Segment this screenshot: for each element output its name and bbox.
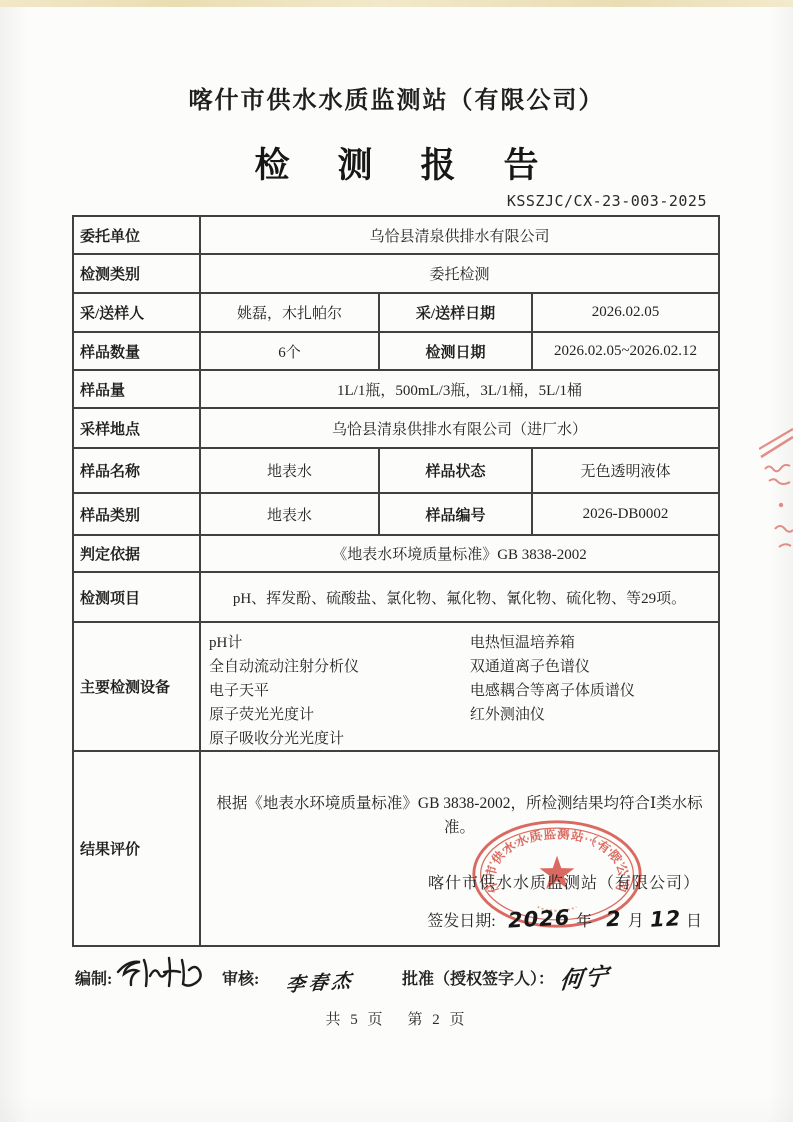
field-label: 检测项目 [73,572,200,622]
equipment-item: 原子荧光光度计 [209,703,359,727]
table-row-result: 结果评价 根据《地表水环境质量标准》GB 3838-2002，所检测结果均符合Ⅰ… [73,751,719,946]
handwritten-year: 2026 [507,905,571,932]
field-value: 乌恰县清泉供排水有限公司 [200,216,719,254]
field-label: 结果评价 [73,751,200,946]
result-cell: 根据《地表水环境质量标准》GB 3838-2002，所检测结果均符合Ⅰ类水标准。… [200,751,719,946]
page-footer: 共 5 页第 2 页 [0,1008,793,1029]
field-label: 检测日期 [379,332,532,370]
total-pages: 共 5 页 [325,1012,385,1028]
field-value: 地表水 [200,493,379,535]
report-code: KSSZJC/CX-23-003-2025 [507,192,707,210]
scan-edge-strip [0,0,793,7]
signature-row: 编制: 审核: 李春杰 批准（授权签字人）： 何宁 [72,952,722,1000]
reviewed-by-label: 审核: [222,966,259,989]
equipment-cell: pH计 全自动流动注射分析仪 电子天平 原子荧光光度计 原子吸收分光光度计 电热… [200,622,719,751]
table-row: 委托单位 乌恰县清泉供排水有限公司 [73,216,719,254]
field-value: 2026.02.05~2026.02.12 [532,332,719,370]
equipment-item: 全自动流动注射分析仪 [209,655,359,679]
field-label: 检测类别 [73,254,200,293]
field-label: 采/送样日期 [379,293,532,332]
field-value: 《地表水环境质量标准》GB 3838-2002 [200,535,719,572]
equipment-item: 电子天平 [209,679,359,703]
field-value: 姚磊，木扎帕尔 [200,293,379,332]
equipment-item: 电感耦合等离子体质谱仪 [470,679,635,703]
field-label: 主要检测设备 [73,622,200,751]
prepared-by-label: 编制: [75,966,112,989]
edge-seal-fragment [759,425,793,575]
equipment-item: pH计 [209,631,359,655]
handwritten-month: 2 [605,907,622,932]
equipment-item: 电热恒温培养箱 [470,631,635,655]
field-label: 判定依据 [73,535,200,572]
table-row: 检测项目 pH、挥发酚、硫酸盐、氯化物、氟化物、氰化物、硫化物、等29项。 [73,572,719,622]
issue-date-line: 签发日期: 2026 年 2 月 12 日 [427,907,702,931]
field-label: 采/送样人 [73,293,200,332]
approved-by-label: 批准（授权签字人）： [402,966,554,989]
field-label: 样品名称 [73,448,200,493]
table-row-equipment: 主要检测设备 pH计 全自动流动注射分析仪 电子天平 原子荧光光度计 原子吸收分… [73,622,719,751]
field-value: pH、挥发酚、硫酸盐、氯化物、氟化物、氰化物、硫化物、等29项。 [200,572,719,622]
field-value: 乌恰县清泉供排水有限公司（进厂水） [200,408,719,448]
year-unit: 年 [576,913,592,930]
table-row: 样品名称 地表水 样品状态 无色透明液体 [73,448,719,493]
field-label: 样品编号 [379,493,532,535]
field-value: 2026.02.05 [532,293,719,332]
organization-title: 喀什市供水水质监测站（有限公司） [0,80,793,115]
equipment-item: 红外测油仪 [470,703,635,727]
table-row: 采/送样人 姚磊，木扎帕尔 采/送样日期 2026.02.05 [73,293,719,332]
month-unit: 月 [628,913,644,930]
field-label: 样品类别 [73,493,200,535]
table-row: 样品数量 6个 检测日期 2026.02.05~2026.02.12 [73,332,719,370]
current-page: 第 2 页 [408,1012,468,1028]
equipment-list-left: pH计 全自动流动注射分析仪 电子天平 原子荧光光度计 原子吸收分光光度计 [209,631,359,751]
equipment-item: 双通道离子色谱仪 [470,655,635,679]
issue-date-label: 签发日期: [427,913,495,930]
report-title: 检测报告 [0,138,793,188]
field-value: 6个 [200,332,379,370]
table-row: 判定依据 《地表水环境质量标准》GB 3838-2002 [73,535,719,572]
table-row: 样品类别 地表水 样品编号 2026-DB0002 [73,493,719,535]
field-label: 样品状态 [379,448,532,493]
field-label: 样品量 [73,370,200,408]
field-value: 2026-DB0002 [532,493,719,535]
reviewed-by-signature: 李春杰 [285,965,357,997]
day-unit: 日 [686,913,702,930]
table-row: 采样地点 乌恰县清泉供排水有限公司（进厂水） [73,408,719,448]
table-row: 检测类别 委托检测 [73,254,719,293]
field-label: 委托单位 [73,216,200,254]
field-value: 委托检测 [200,254,719,293]
equipment-item: 原子吸收分光光度计 [209,727,359,751]
prepared-by-signature [114,950,206,996]
approved-by-signature: 何宁 [558,957,611,996]
issuing-org-line: 喀什市供水水质监测站（有限公司） [428,870,700,893]
field-value: 无色透明液体 [532,448,719,493]
field-label: 采样地点 [73,408,200,448]
table-row: 样品量 1L/1瓶，500mL/3瓶，3L/1桶，5L/1桶 [73,370,719,408]
report-info-table: 委托单位 乌恰县清泉供排水有限公司 检测类别 委托检测 采/送样人 姚磊，木扎帕… [72,215,720,947]
result-evaluation-text: 根据《地表水环境质量标准》GB 3838-2002，所检测结果均符合Ⅰ类水标准。 [211,792,708,840]
handwritten-day: 12 [649,906,681,932]
field-value: 1L/1瓶，500mL/3瓶，3L/1桶，5L/1桶 [200,370,719,408]
field-label: 样品数量 [73,332,200,370]
field-value: 地表水 [200,448,379,493]
scanned-report-page: 喀什市供水水质监测站（有限公司） 检测报告 KSSZJC/CX-23-003-2… [0,0,793,1122]
equipment-list-right: 电热恒温培养箱 双通道离子色谱仪 电感耦合等离子体质谱仪 红外测油仪 [470,631,635,727]
